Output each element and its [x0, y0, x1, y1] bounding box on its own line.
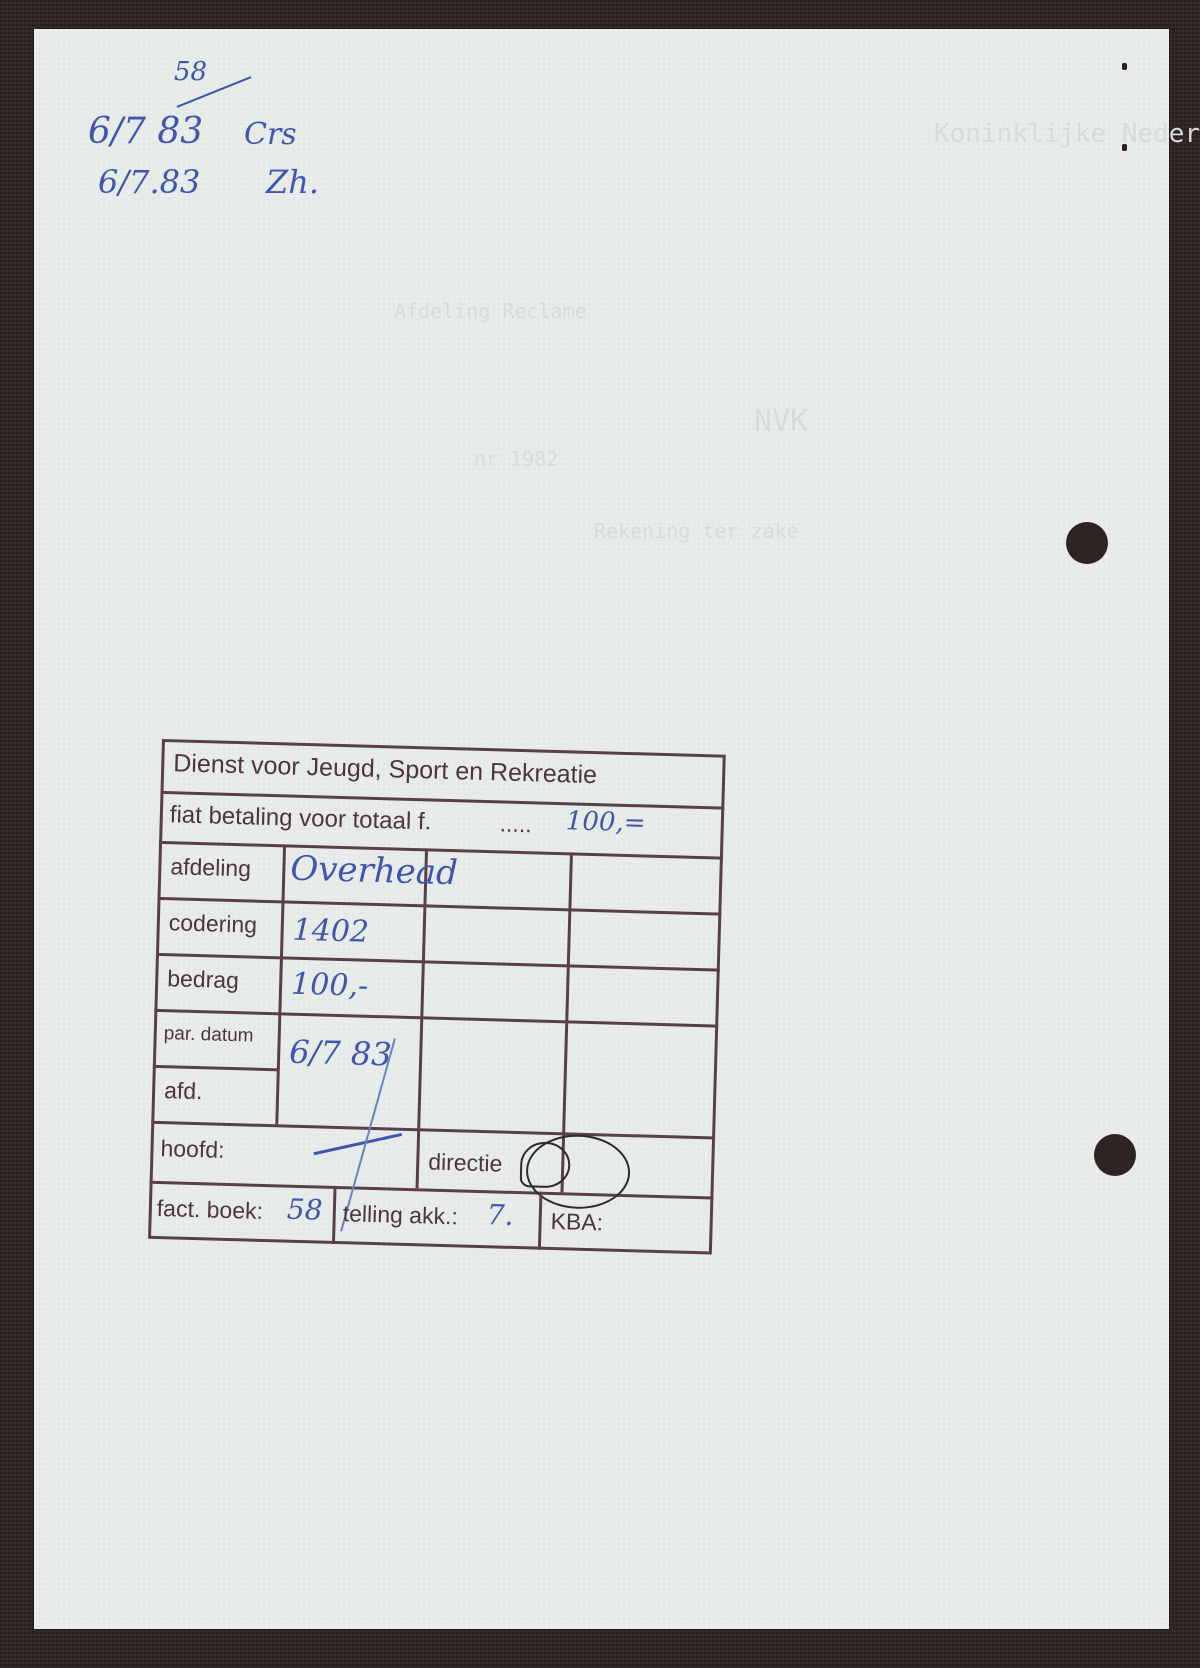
handwritten-date-2: 6/7.83 [98, 163, 200, 201]
handwritten-initials-1: Crs [244, 117, 297, 152]
handwritten-number: 58 [174, 57, 207, 87]
afdeling-label: afdeling [170, 853, 251, 882]
stamp-total-dots: ..... [499, 810, 532, 838]
punch-hole-bottom [1094, 1134, 1136, 1176]
staple-mark-top [1122, 63, 1127, 70]
handwritten-initials-2: Zh. [266, 163, 319, 201]
telling-akk-label: telling akk.: [342, 1200, 458, 1230]
telling-akk-value: 7. [486, 1198, 514, 1232]
payment-approval-stamp: Dienst voor Jeugd, Sport en Rekreatie fi… [114, 738, 728, 1255]
punch-hole-top [1066, 522, 1108, 564]
afdeling-value: Overhead [290, 849, 459, 894]
show-through-line: Rekening ter zake [594, 519, 799, 543]
show-through-line: Afdeling Reclame [394, 299, 587, 323]
kba-label: KBA: [550, 1208, 603, 1236]
hoofd-label: hoofd: [160, 1135, 225, 1164]
bedrag-value: 100,- [291, 967, 369, 1004]
bedrag-label: bedrag [167, 965, 239, 994]
fact-boek-label: fact. boek: [156, 1195, 263, 1225]
codering-label: codering [168, 909, 257, 938]
stamp-total-value: 100,= [565, 806, 645, 838]
show-through-line: Koninklijke Nederlandse ... [934, 119, 1200, 149]
show-through-line: nr 1982 [474, 447, 558, 471]
directie-label: directie [428, 1149, 503, 1178]
fact-boek-value: 58 [286, 1193, 323, 1227]
par-datum-label: par. datum [163, 1023, 253, 1047]
par-datum-value: 6/7 83 [289, 1033, 392, 1074]
codering-value: 1402 [292, 913, 369, 950]
handwritten-date-1: 6/7 83 [88, 111, 203, 152]
afd-label: afd. [164, 1077, 203, 1105]
show-through-line: NVK [754, 404, 808, 439]
